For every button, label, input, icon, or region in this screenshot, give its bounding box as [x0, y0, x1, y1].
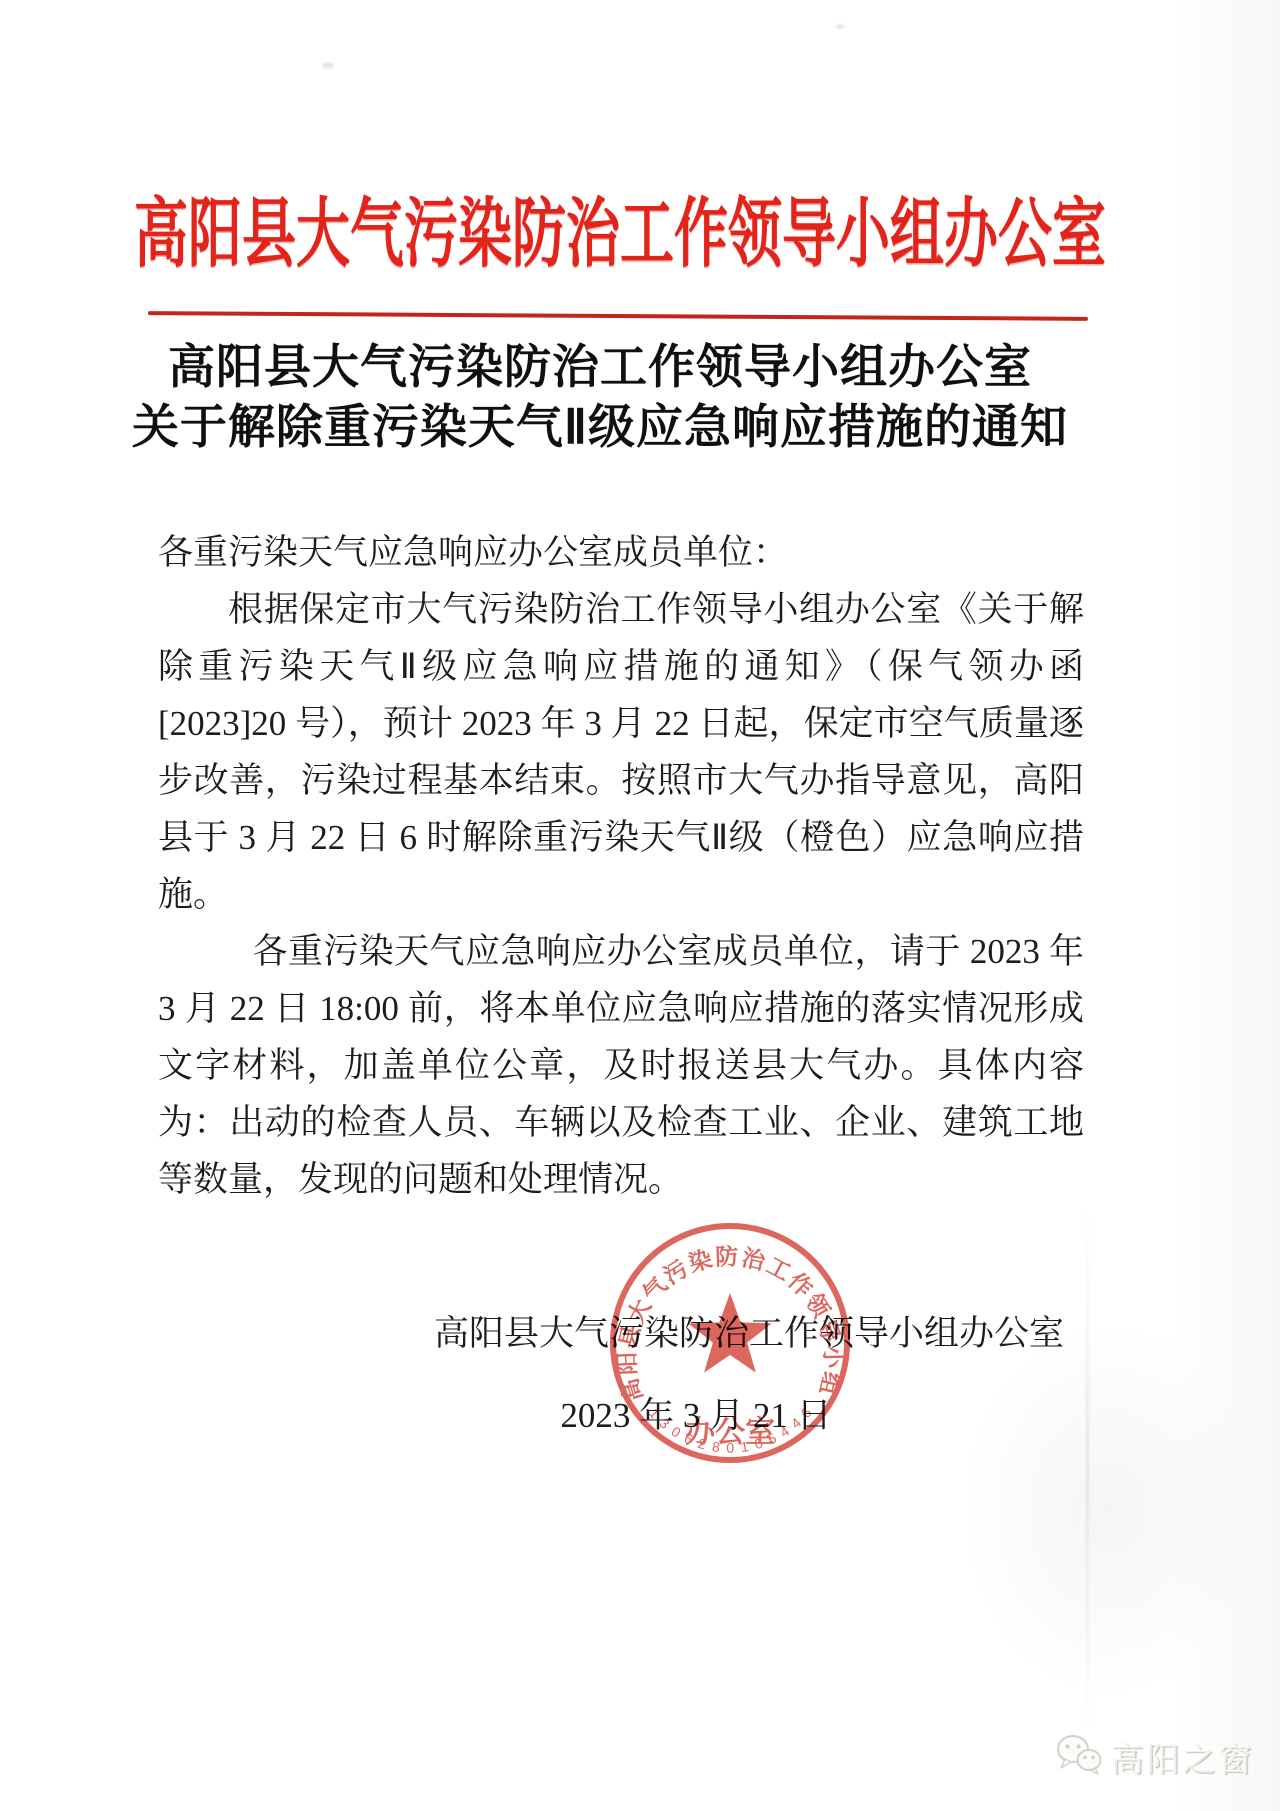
notice-title: 高阳县大气污染防治工作领导小组办公室 关于解除重污染天气Ⅱ级应急响应措施的通知 [80, 338, 1120, 458]
paragraph: 各重污染天气应急响应办公室成员单位，请于 2023 年 3 月 22 日 18:… [158, 923, 1084, 1208]
notice-title-line2: 关于解除重污染天气Ⅱ级应急响应措施的通知 [80, 398, 1120, 458]
letterhead-banner: 高阳县大气污染防治工作领导小组办公室 [120, 174, 1120, 282]
seal-star-icon [688, 1293, 772, 1373]
official-seal: 高阳县大气污染防治工作领导小组 办公室 1306280105446 [605, 1217, 855, 1469]
red-separator-rule [148, 311, 1088, 321]
wechat-icon [1056, 1734, 1102, 1781]
scan-speck [836, 24, 845, 29]
paragraph: 根据保定市大气污染防治工作领导小组办公室《关于解除重污染天气Ⅱ级应急响应措施的通… [158, 581, 1084, 923]
watermark-label: 高阳之窗 [1111, 1734, 1255, 1781]
salutation: 各重污染天气应急响应办公室成员单位： [158, 524, 1084, 581]
scan-edge-shading [1170, 0, 1280, 1811]
watermark: 高阳之窗 [1056, 1734, 1255, 1781]
notice-title-line1: 高阳县大气污染防治工作领导小组办公室 [80, 338, 1120, 398]
notice-body: 各重污染天气应急响应办公室成员单位： 根据保定市大气污染防治工作领导小组办公室《… [158, 524, 1084, 1208]
scan-speck [322, 62, 334, 68]
